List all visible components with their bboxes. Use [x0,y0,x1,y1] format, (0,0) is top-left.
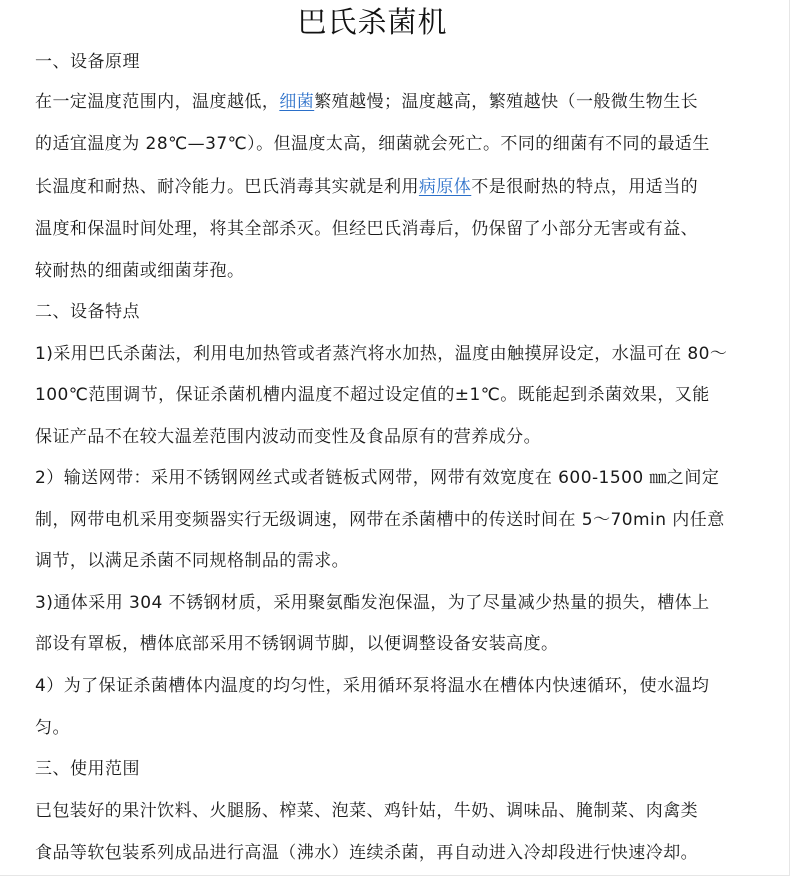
text-run: 繁殖越慢；温度越高，繁殖越快（一般微生物生长 [314,92,698,112]
document-title: 巴氏杀菌机 [0,4,745,40]
paragraph-line: 保证产品不在较大温差范围内波动而变性及食品原有的营养成分。 [35,426,541,448]
section-heading-principle: 一、设备原理 [35,51,140,73]
paragraph-line: 在一定温度范围内，温度越低，细菌繁殖越慢；温度越高，繁殖越快（一般微生物生长 [35,91,698,113]
link-bacteria[interactable]: 细菌 [279,92,314,112]
paragraph-line: 制，网带电机采用变频器实行无级调速，网带在杀菌槽中的传送时间在 5～70min … [35,509,725,531]
paragraph-line: 2）输送网带：采用不锈钢网丝式或者链板式网带，网带有效宽度在 600-1500 … [35,467,719,489]
paragraph-line: 温度和保温时间处理，将其全部杀灭。但经巴氏消毒后，仍保留了小部分无害或有益、 [35,218,698,240]
text-run: 在一定温度范围内，温度越低， [35,92,279,112]
paragraph-line: 4）为了保证杀菌槽体内温度的均匀性，采用循环泵将温水在槽体内快速循环，使水温均 [35,675,709,697]
section-heading-features: 二、设备特点 [35,301,140,323]
text-run: 不是很耐热的特点，用适当的 [471,177,698,197]
link-pathogen[interactable]: 病原体 [419,177,471,197]
text-run: 长温度和耐热、耐冷能力。巴氏消毒其实就是利用 [35,177,419,197]
paragraph-line: 3)通体采用 304 不锈钢材质，采用聚氨酯发泡保温，为了尽量减少热量的损失，槽… [35,592,710,614]
section-heading-scope: 三、使用范围 [35,758,140,780]
paragraph-line: 100℃范围调节，保证杀菌机槽内温度不超过设定值的±1℃。既能起到杀菌效果，又能 [35,384,710,406]
paragraph-line: 食品等软包装系列成品进行高温（沸水）连续杀菌，再自动进入冷却段进行快速冷却。 [35,842,698,864]
paragraph-line: 调节，以满足杀菌不同规格制品的需求。 [35,550,349,572]
document-page: 巴氏杀菌机 一、设备原理 在一定温度范围内，温度越低，细菌繁殖越慢；温度越高，繁… [0,0,790,876]
paragraph-line: 已包装好的果汁饮料、火腿肠、榨菜、泡菜、鸡针姑，牛奶、调味品、腌制菜、肉禽类 [35,800,698,822]
paragraph-line: 的适宜温度为 28℃—37℃）。但温度太高，细菌就会死亡。不同的细菌有不同的最适… [35,133,710,155]
paragraph-line: 长温度和耐热、耐冷能力。巴氏消毒其实就是利用病原体不是很耐热的特点，用适当的 [35,176,698,198]
paragraph-line: 匀。 [35,717,70,739]
paragraph-line: 1)采用巴氏杀菌法，利用电加热管或者蒸汽将水加热，温度由触摸屏设定，水温可在 8… [35,343,727,365]
paragraph-line: 部设有罩板，槽体底部采用不锈钢调节脚，以便调整设备安装高度。 [35,633,559,655]
paragraph-line: 较耐热的细菌或细菌芽孢。 [35,260,244,282]
